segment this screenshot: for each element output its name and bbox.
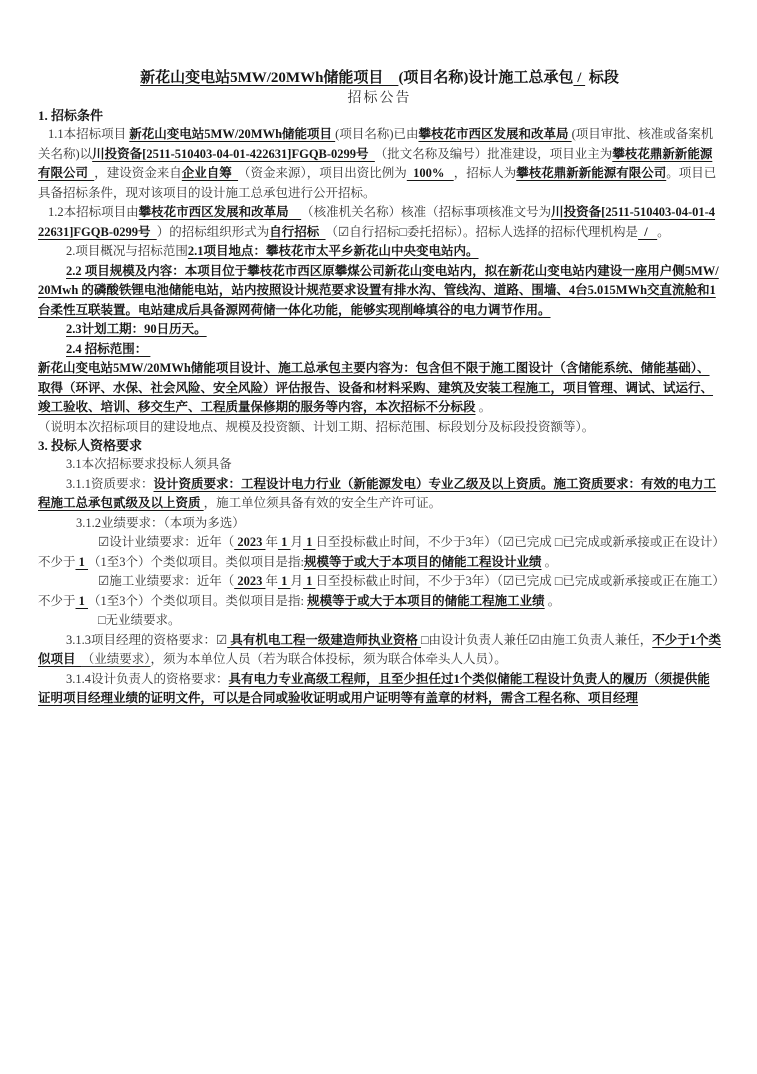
paragraph-2-4-scope-run: 。 [476,400,492,414]
section3-heading: 3. 投标人资格要求 [38,437,721,455]
paragraph-1-1-run: ，建设资金来自 [94,166,182,180]
paragraph-1-2: 1.2本招标项目由攀枝花市西区发展和改革局 （核准机关名称）核准（招标事项核准文… [38,203,721,242]
doc-title-line1-run: (项目名称)设计施工总承包 [398,70,573,86]
paragraph-1-1-run: ，招标人为 [454,166,517,180]
paragraph-2-4: 2.4 招标范围： [38,340,721,360]
paragraph-design-performance-run: ☑设计业绩要求：近年（ [98,535,234,549]
section3-heading-run: 3. 投标人资格要求 [38,438,142,453]
paragraph-2-4-run: 2.4 招标范围： [66,342,150,356]
paragraph-3-1-2-run: 3.1.2业绩要求：（本项为多选） [76,516,245,530]
paragraph-design-performance-run: 1 [76,555,89,569]
paragraph-1-1-run: 川投资备[2511-510403-04-01-422631]FGQB-0299号 [92,147,375,161]
paragraph-2-2: 2.2 项目规模及内容：本项目位于攀枝花市西区原攀煤公司新花山变电站内，拟在新花… [38,262,721,321]
paragraph-1-2-run: 。 [657,225,670,239]
paragraph-note: （说明本次招标项目的建设地点、规模及投资额、计划工期、招标范围、标段划分及标段投… [38,418,721,438]
paragraph-1-1-run: 攀枝花鼎新新能源有限公司 [516,166,666,180]
paragraph-construction-performance-run: 。 [545,594,561,608]
paragraph-1-1-run: 企业自筹 [182,166,238,180]
paragraph-1-2-run: （☑自行招标□委托招标）。招标人选择的招标代理机构是 [326,225,639,239]
paragraph-2-1-run: 2.项目概况与招标范围 [66,244,188,258]
paragraph-construction-performance-run: 1 [278,574,291,588]
paragraph-note-run: （说明本次招标项目的建设地点、规模及投资额、计划工期、招标范围、标段划分及标段投… [38,420,594,434]
paragraph-design-performance-run: 2023 [234,535,265,549]
paragraph-3-1-2: 3.1.2业绩要求：（本项为多选） [38,514,721,534]
paragraph-3-1-3-run: 3.1.3项目经理的资格要求：☑ [66,633,227,647]
paragraph-1-2-run: 攀枝花市西区发展和改革局 [139,205,302,219]
paragraph-1-1-run: 100% [407,166,454,180]
paragraph-1-1-run: 新花山变电站5MW/20MWh储能项目 [129,127,335,141]
doc-title-line2-run: 招标公告 [348,91,412,106]
paragraph-2-1: 2.项目概况与招标范围2.1项目地点：攀枝花市太平乡新花山中央变电站内。 [38,242,721,262]
paragraph-construction-performance-run: 月 [290,574,303,588]
paragraph-construction-performance-run: 2023 [234,574,265,588]
paragraph-3-1: 3.1本次招标要求投标人须具备 [38,455,721,475]
paragraph-construction-performance: ☑施工业绩要求：近年（ 2023 年 1 月 1 日至投标截止时间，不少于3年）… [38,572,721,611]
paragraph-design-performance-run: 。 [542,555,558,569]
paragraph-3-1-3-run: 具有机电工程一级建造师执业资格 [227,633,421,647]
paragraph-3-1-3-run: （业绩要求） [82,652,151,666]
paragraph-2-4-scope-run: 新花山变电站5MW/20MWh储能项目设计、施工总承包主要内容为：包含但不限于施… [38,361,713,414]
paragraph-3-1-4: 3.1.4设计负责人的资格要求：具有电力专业高级工程师，且至少担任过1个类似储能… [38,670,721,709]
paragraph-design-performance-run: 规模等于或大于本项目的储能工程设计业绩 [304,555,542,569]
paragraph-1-1-run: （资金来源），项目出资比例为 [238,166,407,180]
paragraph-1-1-run: 1.1本招标项目 [48,127,129,141]
section1-heading-run: 1. 招标条件 [38,108,103,123]
paragraph-design-performance-run: 1 [303,535,316,549]
doc-title-line2: 招标公告 [38,87,721,107]
paragraph-1-1: 1.1本招标项目 新花山变电站5MW/20MWh储能项目 (项目名称)已由攀枝花… [38,125,721,203]
paragraph-construction-performance-run: 1 [76,594,89,608]
paragraph-2-1-run: 2.1项目地点：攀枝花市太平乡新花山中央变电站内。 [188,244,479,258]
paragraph-3-1-1: 3.1.1资质要求：设计资质要求：工程设计电力行业（新能源发电）专业乙级及以上资… [38,475,721,514]
paragraph-construction-performance-run: 年 [265,574,278,588]
paragraph-2-3-run: 2.3计划工期：90日历天。 [66,322,207,336]
paragraph-3-1-3: 3.1.3项目经理的资格要求：☑ 具有机电工程一级建造师执业资格 □由设计负责人… [38,631,721,670]
paragraph-construction-performance-run: ☑施工业绩要求：近年（ [98,574,234,588]
paragraph-no-performance: □无业绩要求。 [38,611,721,631]
paragraph-3-1-1-run: ，施工单位须具备有效的安全生产许可证。 [204,496,442,510]
doc-title-line1-run: 新花山变电站5MW/20MWh储能项目 [140,70,398,86]
paragraph-design-performance: ☑设计业绩要求：近年（ 2023 年 1 月 1 日至投标截止时间，不少于3年）… [38,533,721,572]
paragraph-3-1-1-run: 3.1.1资质要求： [66,477,154,491]
paragraph-construction-performance-run: 1 [303,574,316,588]
paragraph-1-2-run: ）的招标组织形式为 [157,225,270,239]
paragraph-3-1-run: 3.1本次招标要求投标人须具备 [66,457,232,471]
paragraph-design-performance-run: 年 [265,535,278,549]
paragraph-design-performance-run: 1 [278,535,291,549]
paragraph-1-2-run: 1.2本招标项目由 [48,205,139,219]
paragraph-3-1-4-run: 3.1.4设计负责人的资格要求： [66,672,229,686]
document-page: 新花山变电站5MW/20MWh储能项目 (项目名称)设计施工总承包 / 标段招标… [0,0,757,1074]
paragraph-1-2-run: （核准机关名称）核准（招标事项核准文号为 [301,205,551,219]
doc-title-line1-run: / [573,70,585,86]
paragraph-2-4-scope: 新花山变电站5MW/20MWh储能项目设计、施工总承包主要内容为：包含但不限于施… [38,359,721,418]
paragraph-1-1-run: 攀枝花市西区发展和改革局 [419,127,572,141]
paragraph-2-3: 2.3计划工期：90日历天。 [38,320,721,340]
paragraph-3-1-3-run: □由设计负责人兼任☑由施工负责人兼任， [421,633,652,647]
paragraph-design-performance-run: （1至3个）个类似项目。类似项目是指: [88,555,304,569]
paragraph-2-2-run: 2.2 项目规模及内容：本项目位于攀枝花市西区原攀煤公司新花山变电站内，拟在新花… [38,264,719,317]
paragraph-construction-performance-run: 规模等于或大于本项目的储能工程施工业绩 [307,594,545,608]
paragraph-1-2-run: 自行招标 [269,225,325,239]
paragraph-no-performance-run: □无业绩要求。 [98,613,181,627]
paragraph-1-1-run: （批文名称及编号）批准建设，项目业主为 [375,147,613,161]
paragraph-1-2-run: / [638,225,657,239]
paragraph-1-1-run: (项目名称)已由 [335,127,418,141]
section1-heading: 1. 招标条件 [38,107,721,125]
doc-title-line1-run: 标段 [585,70,619,86]
paragraph-3-1-3-run: ，须为本单位人员（若为联合体投标，须为联合体牵头人人员）。 [151,652,507,666]
paragraph-design-performance-run: 月 [290,535,303,549]
paragraph-construction-performance-run: （1至3个）个类似项目。类似项目是指: [88,594,307,608]
doc-title-line1: 新花山变电站5MW/20MWh储能项目 (项目名称)设计施工总承包 / 标段 [38,66,721,87]
